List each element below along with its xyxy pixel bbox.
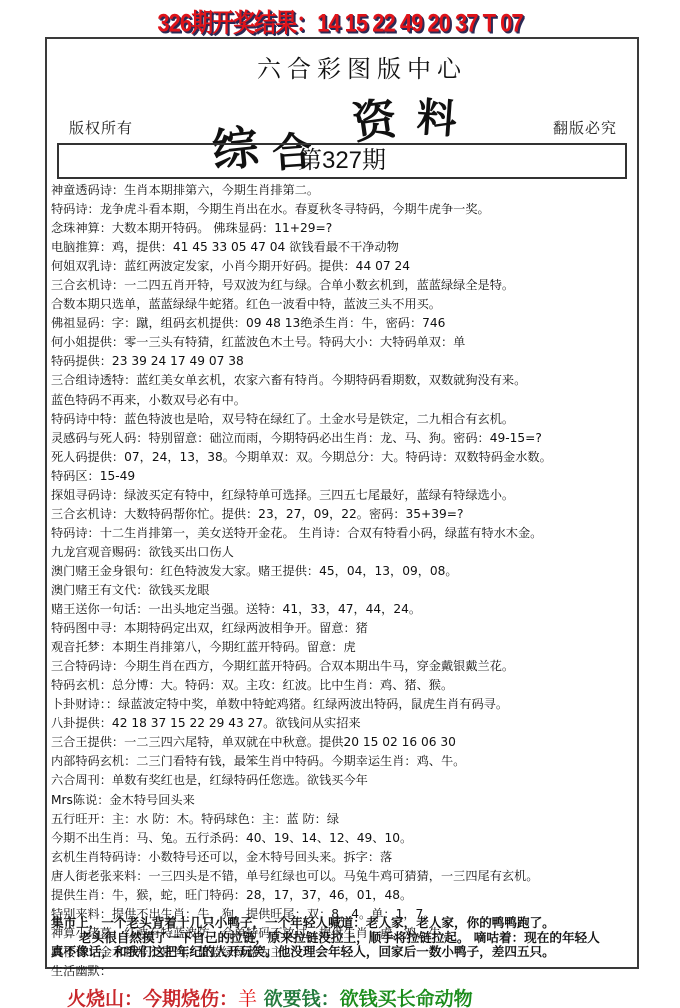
content-line: 玄机生肖特码诗：小数特号还可以，金木特号回头来。拆字：落 xyxy=(51,848,635,867)
story-paragraph-2-text: 老头很自然摸了一下自己的拉链，原来拉链没拉上，顺手将拉链拉起。 嘀咕着：现在的年… xyxy=(51,930,600,960)
content-line: Mrs陈说：金木特号回头来 xyxy=(51,791,635,810)
footer-label-money: 欲要钱： xyxy=(264,988,340,1008)
content-line: 特码玄机：总分博：大。特码：双。主攻：红波。比中生肖：鸡、猪、猴。 xyxy=(51,676,635,695)
content-line: 念珠神算：大数本期开特码。 佛珠显码：11+29=? xyxy=(51,219,635,238)
content-line: 内部特码玄机：二三门看特有钱，最笨生肖中特码。今期幸运生肖：鸡、牛。 xyxy=(51,752,635,771)
content-line: 特码诗：十二生肖排第一，美女送特开金花。 生肖诗：合双有特看小码，绿蓝有特水木金… xyxy=(51,524,635,543)
issue-number: 第327期 xyxy=(57,143,627,179)
content-line: 唐人街老张来料：一三四头是不错，单号红绿也可以。马兔牛鸡可猜猜，一三四尾有玄机。 xyxy=(51,867,635,886)
footer-value-fire: 羊 xyxy=(238,988,257,1008)
content-line: 三合特码诗：今期生肖在西方，今期红蓝开特码。合双本期出牛马，穿金戴银戴兰花。 xyxy=(51,657,635,676)
content-line: 佛祖显码：字：蹴，组码玄机提供：09 48 13绝杀生肖：牛，密码：746 xyxy=(51,314,635,333)
story-paragraph-1: 集市上，一个老头背着十几只小鸭子，一个年轻人喊道：老人家，老人家，你的鸭鸭跑了。 xyxy=(51,916,611,931)
content-line: 生活幽默： xyxy=(51,962,635,981)
content-line: 灵感码与死人码：特别留意：础泣而雨，今期特码必出生肖：龙、马、狗。密码：49-1… xyxy=(51,429,635,448)
content-line: 死人码提供：07，24，13，38。今期单双：双。今期总分：大。特码诗：双数特码… xyxy=(51,448,635,467)
content-line: 三合王提供：一二三四六尾特，单双就在中秋意。提供20 15 02 16 06 3… xyxy=(51,733,635,752)
footer-hint: 火烧山：今期烧伤：羊 欲要钱：欲钱买长命动物 xyxy=(67,984,473,1008)
content-line: 电脑推算：鸡，提供：41 45 33 05 47 04 欲钱看最不干净动物 xyxy=(51,238,635,257)
content-line: 合数本期只选单，蓝蓝绿绿牛蛇猪。红色一波看中特，蓝波三头不用买。 xyxy=(51,295,635,314)
content-line: 特码诗中特：蓝色特波也是哈，双号特在绿红了。土金水号是铁定，二九相合有玄机。 xyxy=(51,410,635,429)
previous-result-banner: 326期开奖结果：14 15 22 49 20 37 T 07 xyxy=(0,4,680,39)
content-line: 探姐寻码诗：绿波买定有特中，红绿特单可选择。三四五七尾最好，蓝绿有特绿选小。 xyxy=(51,486,635,505)
story-paragraph-2: 老头很自然摸了一下自己的拉链，原来拉链没拉上，顺手将拉链拉起。 嘀咕着：现在的年… xyxy=(51,931,611,960)
content-line: 五行旺开：主：水 防：木。特码球色：主：蓝 防：绿 xyxy=(51,810,635,829)
content-line: 六合周刊：单数有奖红也是，红绿特码任您选。欲钱买今年 xyxy=(51,771,635,790)
center-title: 六合彩图版中心 xyxy=(47,49,637,84)
logo-char-4: 料 xyxy=(415,86,459,146)
content-line: 澳门赌王金身银句：红色特波发大家。赌王提供：45，04，13，09，08。 xyxy=(51,562,635,581)
content-line: 三合组诗透特：蓝红美女单玄机，农家六畜有特肖。今期特码看期数，双数就狗没有来。 xyxy=(51,371,635,390)
content-line: 三合玄机诗：一二四五肖开特，号双波为红与绿。合单小数玄机到，蓝蓝绿绿全是特。 xyxy=(51,276,635,295)
humor-story: 集市上，一个老头背着十几只小鸭子，一个年轻人喊道：老人家，老人家，你的鸭鸭跑了。… xyxy=(51,916,611,960)
content-line: 特码提供：23 39 24 17 49 07 38 xyxy=(51,352,635,371)
footer-label-fire: 火烧山：今期烧伤： xyxy=(67,988,238,1008)
content-line: 何姐双乳诗：蓝红两波定发家，小肖今期开好码。提供：44 07 24 xyxy=(51,257,635,276)
content-line: 八卦提供：42 18 37 15 22 29 43 27。欲钱问从实招来 xyxy=(51,714,635,733)
content-line: 卜卦财诗：：绿蓝波定特中奖，单数中特蛇鸡猪。红绿两波出特码，鼠虎生肖有码寻。 xyxy=(51,695,635,714)
footer-value-money: 欲钱买长命动物 xyxy=(340,988,473,1008)
content-line: 赌王送你一句话：一出头地定当强。送特：41，33，47，44，24。 xyxy=(51,600,635,619)
content-line: 九龙宫观音赐码：欲钱买出口伤人 xyxy=(51,543,635,562)
content-line: 提供生肖：牛，猴，蛇，旺门特码：28，17，37，46，01，48。 xyxy=(51,886,635,905)
copyright-note: 版权所有 xyxy=(69,117,133,138)
logo-char-3: 资 xyxy=(348,82,400,152)
content-line: 神童透码诗：生肖本期排第六，今期生肖排第二。 xyxy=(51,181,635,200)
content-line: 今期不出生肖：马、兔。五行杀码：40、19、14、12、49、10。 xyxy=(51,829,635,848)
piracy-note: 翻版必究 xyxy=(553,117,617,138)
content-line: 特码诗：龙争虎斗看本期，今期生肖出在水。春夏秋冬寻特码，今期牛虎争一奖。 xyxy=(51,200,635,219)
content-line: 何小姐提供：零一三头有特猜，红蓝波色木土号。特码大小：大特码单双：单 xyxy=(51,333,635,352)
content-line: 三合玄机诗：大数特码帮你忙。提供：23，27，09，22。密码：35+39=? xyxy=(51,505,635,524)
content-line: 蓝色特码不再来，小数双号必有中。 xyxy=(51,391,635,410)
content-line: 特码图中寻：本期特码定出双，红绿两波相争开。留意：猪 xyxy=(51,619,635,638)
content-line: 特码区：15-49 xyxy=(51,467,635,486)
content-lines: 神童透码诗：生肖本期排第六，今期生肖排第二。 特码诗：龙争虎斗看本期，今期生肖出… xyxy=(51,181,635,981)
content-line: 观音托梦：本期生肖排第八，今期红蓝开特码。留意：虎 xyxy=(51,638,635,657)
content-line: 澳门赌王有文代：欲钱买龙眼 xyxy=(51,581,635,600)
document-frame: 六合彩图版中心 综 合 资 料 版权所有 翻版必究 第327期 神童透码诗：生肖… xyxy=(45,37,639,969)
